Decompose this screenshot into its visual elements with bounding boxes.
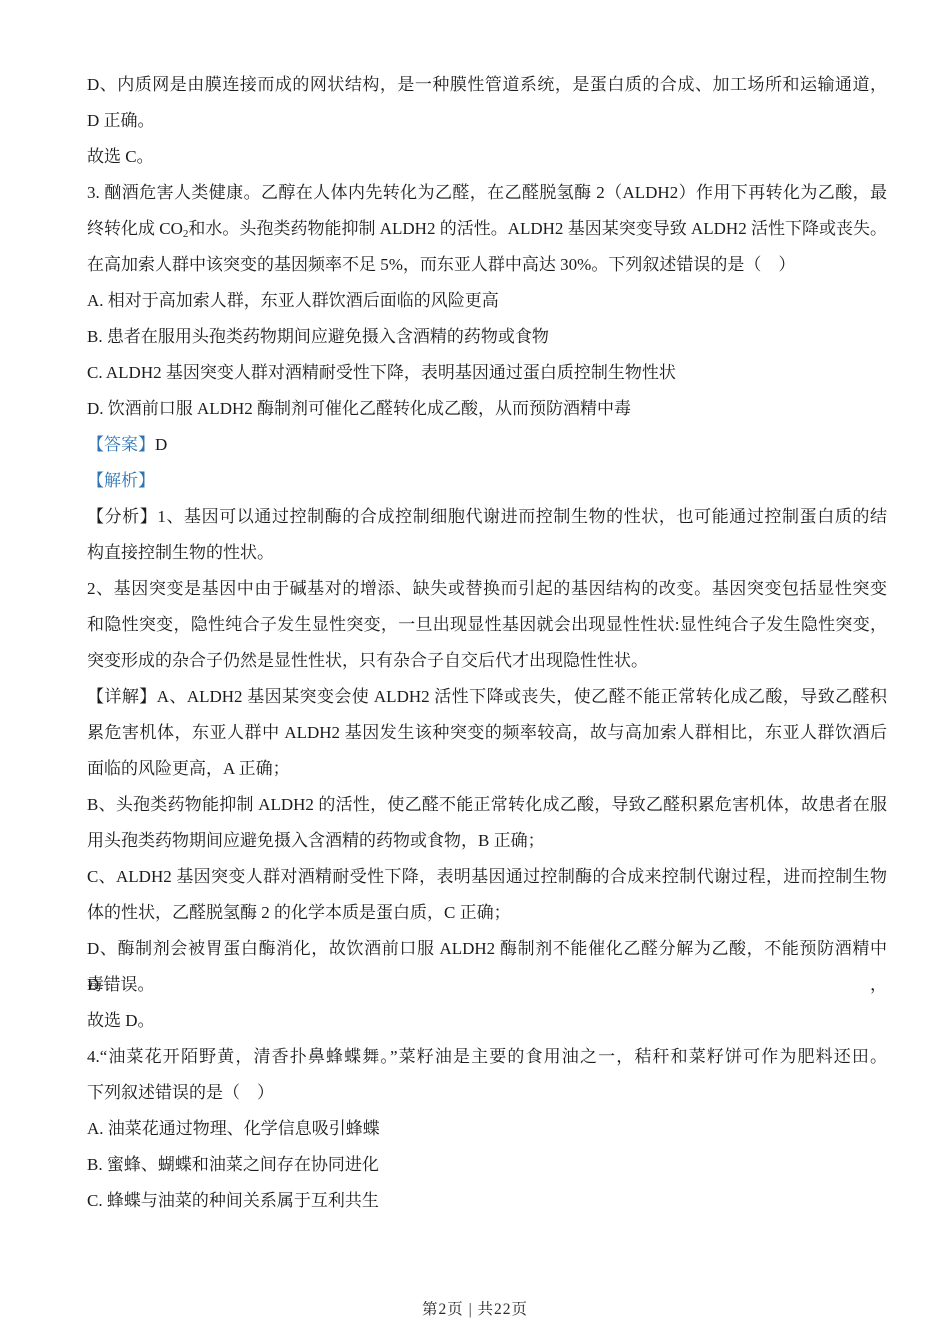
text-segment: C、ALDH2 基因突变人群对酒精耐受性下降，表明基因通过控制酶的合成来控制代谢… <box>87 867 887 886</box>
text-line: 故选 D。 <box>87 1003 887 1039</box>
text-line: 构直接控制生物的性状。 <box>87 535 887 571</box>
text-segment: 3. 酗酒危害人类健康。乙醇在人体内先转化为乙醛，在乙醛脱氢酶 2（ALDH2）… <box>87 183 887 202</box>
text-line: 在高加索人群中该突变的基因频率不足 5%，而东亚人群中高达 30%。下列叙述错误… <box>87 247 887 283</box>
text-segment: C. ALDH2 基因突变人群对酒精耐受性下降，表明基因通过蛋白质控制生物性状 <box>87 363 676 382</box>
text-segment: D. 饮酒前口服 ALDH2 酶制剂可催化乙醛转化成乙酸，从而预防酒精中毒 <box>87 399 631 418</box>
text-line: 【解析】 <box>87 463 887 499</box>
option-c: C. ALDH2 基因突变人群对酒精耐受性下降，表明基因通过蛋白质控制生物性状 <box>87 355 887 391</box>
text-line: 【分析】1、基因可以通过控制酶的合成控制细胞代谢进而控制生物的性状，也可能通过控… <box>87 499 887 535</box>
option-c: C. 蜂蝶与油菜的种间关系属于互利共生 <box>87 1183 887 1219</box>
text-line: 【答案】D <box>87 427 887 463</box>
text-line: 2、基因突变是基因中由于碱基对的增添、缺失或替换而引起的基因结构的改变。基因突变… <box>87 571 887 607</box>
text-segment: 【详解】A、ALDH2 基因某突变会使 ALDH2 活性下降或丧失，使乙醛不能正… <box>87 687 887 706</box>
text-segment: 用头孢类药物期间应避免摄入含酒精的药物或食物，B 正确； <box>87 831 545 850</box>
text-segment: D、酶制剂会被胃蛋白酶消化，故饮酒前口服 ALDH2 酶制剂不能催化乙醛分解为乙… <box>87 939 887 994</box>
text-segment: C. 蜂蝶与油菜的种间关系属于互利共生 <box>87 1191 379 1210</box>
option-d: D. 饮酒前口服 ALDH2 酶制剂可催化乙醛转化成乙酸，从而预防酒精中毒 <box>87 391 887 427</box>
explanation-label: 【解析】 <box>87 471 155 490</box>
text-segment: 终转化成 CO <box>87 219 183 238</box>
text-segment: 下列叙述错误的是（ ） <box>87 1083 274 1102</box>
option-b: B. 患者在服用头孢类药物期间应避免摄入含酒精的药物或食物 <box>87 319 887 355</box>
option-b: B. 蜜蜂、蝴蝶和油菜之间存在协同进化 <box>87 1147 887 1183</box>
text-line: D、内质网是由膜连接而成的网状结构，是一种膜性管道系统，是蛋白质的合成、加工场所… <box>87 67 887 103</box>
text-line: 体的性状，乙醛脱氢酶 2 的化学本质是蛋白质，C 正确； <box>87 895 887 931</box>
text-line: 面临的风险更高，A 正确； <box>87 751 887 787</box>
text-segment: D、内质网是由膜连接而成的网状结构，是一种膜性管道系统，是蛋白质的合成、加工场所… <box>87 75 887 94</box>
text-line: 和隐性突变，隐性纯合子发生显性突变，一旦出现显性基因就会出现显性性状:显性纯合子… <box>87 607 887 643</box>
text-segment: D 正确。 <box>87 111 155 130</box>
text-line: 4.“油菜花开陌野黄，清香扑鼻蜂蝶舞。”菜籽油是主要的食用油之一，秸秆和菜籽饼可… <box>87 1039 887 1075</box>
text-line: 故选 C。 <box>87 139 887 175</box>
text-line: 用头孢类药物期间应避免摄入含酒精的药物或食物，B 正确； <box>87 823 887 859</box>
text-segment: 2、基因突变是基因中由于碱基对的增添、缺失或替换而引起的基因结构的改变。基因突变… <box>87 579 887 598</box>
text-line: 【详解】A、ALDH2 基因某突变会使 ALDH2 活性下降或丧失，使乙醛不能正… <box>87 679 887 715</box>
answer-value: D <box>155 435 167 454</box>
text-line: C、ALDH2 基因突变人群对酒精耐受性下降，表明基因通过控制酶的合成来控制代谢… <box>87 859 887 895</box>
text-segment: 面临的风险更高，A 正确； <box>87 759 290 778</box>
text-segment: 构直接控制生物的性状。 <box>87 543 274 562</box>
option-a: A. 相对于高加索人群，东亚人群饮酒后面临的风险更高 <box>87 283 887 319</box>
text-line: 终转化成 CO2和水。头孢类药物能抑制 ALDH2 的活性。ALDH2 基因某突… <box>87 211 887 247</box>
text-segment: B、头孢类药物能抑制 ALDH2 的活性，使乙醛不能正常转化成乙酸，导致乙醛积累… <box>87 795 887 814</box>
text-segment: D 错误。 <box>87 975 155 994</box>
text-segment: 突变形成的杂合子仍然是显性性状，只有杂合子自交后代才出现隐性性状。 <box>87 651 648 670</box>
text-line: 下列叙述错误的是（ ） <box>87 1075 887 1111</box>
text-line: 累危害机体，东亚人群中 ALDH2 基因发生该种突变的频率较高，故与高加索人群相… <box>87 715 887 751</box>
text-segment: 故选 C。 <box>87 147 154 166</box>
text-line: D、酶制剂会被胃蛋白酶消化，故饮酒前口服 ALDH2 酶制剂不能催化乙醛分解为乙… <box>87 931 887 967</box>
text-segment: 故选 D。 <box>87 1011 155 1030</box>
text-line: 突变形成的杂合子仍然是显性性状，只有杂合子自交后代才出现隐性性状。 <box>87 643 887 679</box>
text-line: D 正确。 <box>87 103 887 139</box>
text-segment: 【分析】1、基因可以通过控制酶的合成控制细胞代谢进而控制生物的性状，也可能通过控… <box>87 507 887 526</box>
text-segment: 体的性状，乙醛脱氢酶 2 的化学本质是蛋白质，C 正确； <box>87 903 511 922</box>
text-segment: 和水。头孢类药物能抑制 ALDH2 的活性。ALDH2 基因某突变导致 ALDH… <box>188 219 887 238</box>
document-body: D、内质网是由膜连接而成的网状结构，是一种膜性管道系统，是蛋白质的合成、加工场所… <box>87 67 887 1219</box>
option-a: A. 油菜花通过物理、化学信息吸引蜂蝶 <box>87 1111 887 1147</box>
text-segment: A. 相对于高加索人群，东亚人群饮酒后面临的风险更高 <box>87 291 499 310</box>
text-segment: 累危害机体，东亚人群中 ALDH2 基因发生该种突变的频率较高，故与高加索人群相… <box>87 723 887 742</box>
text-line: 3. 酗酒危害人类健康。乙醇在人体内先转化为乙醛，在乙醛脱氢酶 2（ALDH2）… <box>87 175 887 211</box>
text-segment: 在高加索人群中该突变的基因频率不足 5%，而东亚人群中高达 30%。下列叙述错误… <box>87 255 795 274</box>
text-segment: B. 患者在服用头孢类药物期间应避免摄入含酒精的药物或食物 <box>87 327 549 346</box>
text-segment: B. 蜜蜂、蝴蝶和油菜之间存在协同进化 <box>87 1155 379 1174</box>
text-segment: 4.“油菜花开陌野黄，清香扑鼻蜂蝶舞。”菜籽油是主要的食用油之一，秸秆和菜籽饼可… <box>87 1047 887 1066</box>
page-footer: 第2页 | 共22页 <box>0 1296 950 1324</box>
text-segment: 和隐性突变，隐性纯合子发生显性突变，一旦出现显性基因就会出现显性性状:显性纯合子… <box>87 615 887 634</box>
text-segment: A. 油菜花通过物理、化学信息吸引蜂蝶 <box>87 1119 380 1138</box>
text-line: B、头孢类药物能抑制 ALDH2 的活性，使乙醛不能正常转化成乙酸，导致乙醛积累… <box>87 787 887 823</box>
answer-label: 【答案】 <box>87 435 155 454</box>
page-number-text: 第2页 | 共22页 <box>422 1301 528 1318</box>
